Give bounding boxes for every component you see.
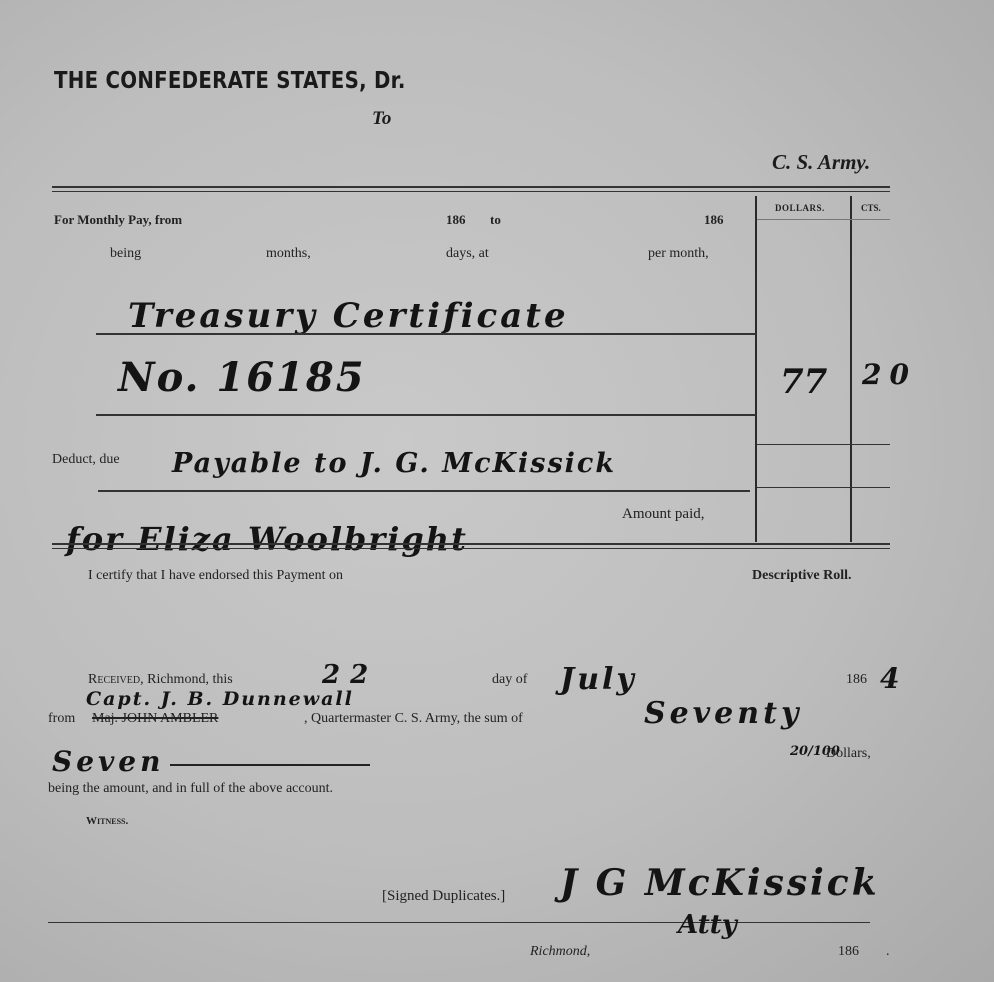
signed-duplicates: [Signed Duplicates.] <box>382 888 505 905</box>
signature-year: 186 <box>838 944 859 960</box>
sum-flourish <box>170 764 370 766</box>
year-from: 186 <box>446 212 466 228</box>
months-label: months, <box>266 246 311 262</box>
handwritten-payable-to: Payable to J. G. McKissick <box>172 448 616 479</box>
dollars-label: Dollars, <box>826 746 871 762</box>
handwritten-signature: J G McKissick <box>560 862 880 904</box>
cents-amount: 20 <box>862 358 917 391</box>
amount-paid-label: Amount paid, <box>622 506 705 523</box>
richmond-place: Richmond, <box>530 944 590 960</box>
deduct-label: Deduct, due <box>52 452 120 468</box>
document-title: THE CONFEDERATE STATES, Dr. <box>54 68 406 94</box>
certify-text: I certify that I have endorsed this Paym… <box>88 568 343 584</box>
signature-period: . <box>886 944 890 960</box>
cents-column-divider <box>850 196 852 542</box>
year-printed: 186 <box>846 672 867 688</box>
received-line: Received, Richmond, this <box>88 672 233 688</box>
year-to: 186 <box>704 212 724 228</box>
handwritten-sum-seven: Seven <box>52 745 164 778</box>
to-label: To <box>372 108 391 130</box>
top-rule-2 <box>52 191 890 192</box>
top-rule <box>52 186 890 188</box>
table-bottom-rule-2 <box>52 548 890 549</box>
cents-header: CTS. <box>861 203 881 213</box>
handwritten-sum-seventy: Seventy <box>644 696 802 731</box>
army-label: C. S. Army. <box>772 150 870 175</box>
entry-rule-2 <box>96 414 756 416</box>
entry-rule-1 <box>96 333 756 335</box>
richmond-this: , Richmond, this <box>140 672 233 687</box>
dollars-amount: 77 <box>780 362 827 402</box>
from-label: from <box>48 711 75 727</box>
being-label: being <box>110 246 141 262</box>
handwritten-day: 22 <box>322 660 378 690</box>
monthly-pay-label: For Monthly Pay, from <box>54 212 182 228</box>
quartermaster-text: , Quartermaster C. S. Army, the sum of <box>304 711 523 727</box>
handwritten-certificate-number: No. 16185 <box>118 354 366 401</box>
dollars-header: DOLLARS. <box>775 203 825 213</box>
days-at-label: days, at <box>446 246 489 262</box>
handwritten-month: July <box>560 662 637 697</box>
received-label: Received <box>88 672 140 687</box>
to-word: to <box>490 212 501 228</box>
table-row-line-2 <box>757 487 890 488</box>
being-amount-text: being the amount, and in full of the abo… <box>48 781 333 797</box>
handwritten-for-eliza-woolbright: for Eliza Woolbright <box>66 520 468 558</box>
deduct-rule <box>98 490 750 492</box>
dollars-column-left-border <box>755 196 757 542</box>
descriptive-roll: Descriptive Roll. <box>752 568 852 584</box>
year-handwritten: 4 <box>880 662 899 695</box>
witness-label: Witness. <box>86 815 128 827</box>
handwritten-treasury-certificate: Treasury Certificate <box>128 296 569 336</box>
day-of-label: day of <box>492 672 527 688</box>
handwritten-replacement-name: Capt. J. B. Dunnewall <box>86 688 354 710</box>
handwritten-attorney: Atty <box>678 910 737 940</box>
table-row-line-1 <box>757 444 890 445</box>
struck-quartermaster-name: Maj. JOHN AMBLER <box>92 711 218 727</box>
signature-rule <box>48 922 870 923</box>
table-bottom-rule <box>52 543 890 545</box>
header-underline <box>757 219 890 220</box>
per-month-label: per month, <box>648 246 709 262</box>
